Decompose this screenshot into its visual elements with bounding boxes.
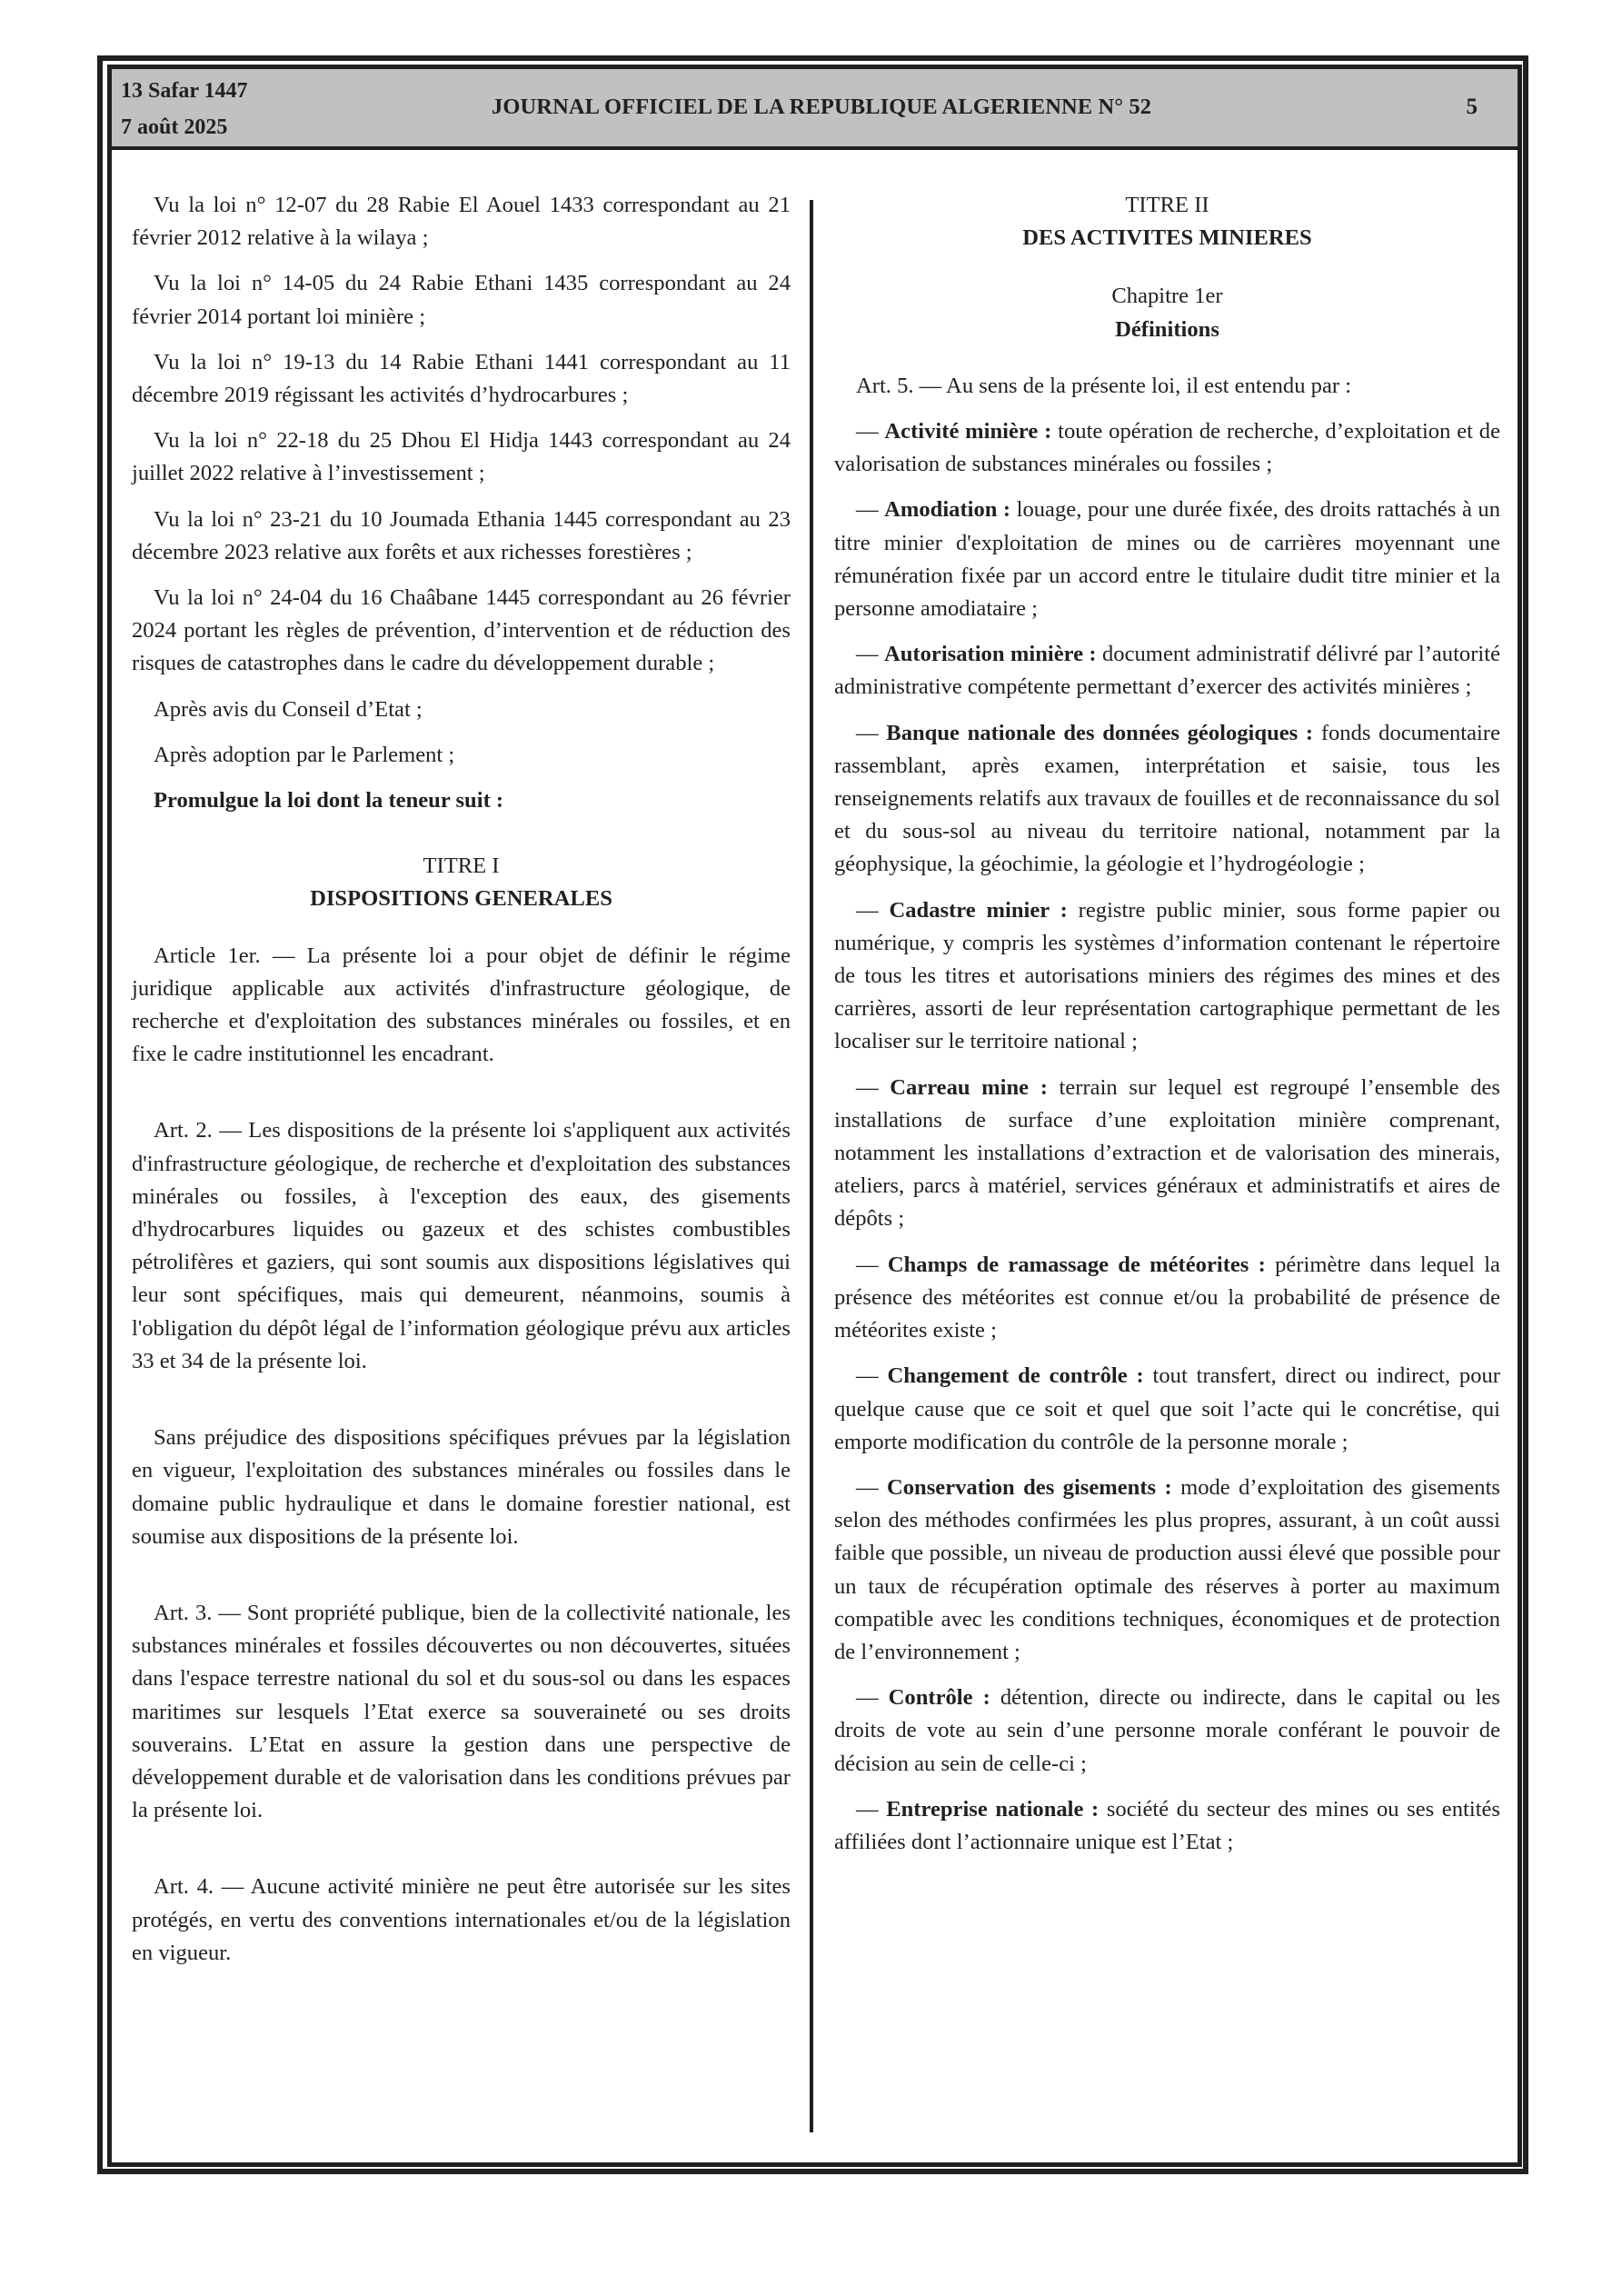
titre-name: DISPOSITIONS GENERALES [132, 883, 791, 915]
hijri-date: 13 Safar 1447 [121, 73, 248, 109]
left-column: Vu la loi n° 12-07 du 28 Rabie El Aouel … [132, 189, 791, 1982]
gregorian-date: 7 août 2025 [121, 109, 248, 145]
titre-label: TITRE I [132, 850, 791, 883]
definition-text: mode d’exploitation des gisements selon … [834, 1475, 1500, 1664]
definition-term: Changement de contrôle : [887, 1363, 1143, 1388]
definition-item: — Cadastre minier : registre public mini… [834, 894, 1500, 1059]
visa-paragraph: Vu la loi n° 24-04 du 16 Chaâbane 1445 c… [132, 582, 791, 681]
chapitre-name: Définitions [834, 314, 1500, 346]
definition-term: Champs de ramassage de météorites : [888, 1253, 1266, 1277]
definition-item: — Changement de contrôle : tout transfer… [834, 1360, 1500, 1459]
definition-item: — Conservation des gisements : mode d’ex… [834, 1472, 1500, 1669]
promulgation-paragraph: Promulgue la loi dont la teneur suit : [132, 784, 791, 817]
article-paragraph: Sans préjudice des dispositions spécifiq… [132, 1422, 791, 1553]
definition-item: — Activité minière : toute opération de … [834, 415, 1500, 481]
definition-term: Cadastre minier : [889, 898, 1067, 923]
visa-paragraph: Vu la loi n° 23-21 du 10 Joumada Ethania… [132, 504, 791, 569]
journal-header: 13 Safar 1447 7 août 2025 JOURNAL OFFICI… [112, 69, 1518, 150]
definition-item: — Entreprise nationale : société du sect… [834, 1793, 1500, 1859]
visa-paragraph: Vu la loi n° 19-13 du 14 Rabie Ethani 14… [132, 346, 791, 412]
chapitre-label: Chapitre 1er [834, 280, 1500, 313]
visa-paragraph: Vu la loi n° 12-07 du 28 Rabie El Aouel … [132, 189, 791, 255]
adoption-paragraph: Après adoption par le Parlement ; [132, 739, 791, 772]
definition-item: — Contrôle : détention, directe ou indir… [834, 1682, 1500, 1781]
definition-term: Entreprise nationale : [886, 1797, 1099, 1822]
article-intro: Art. 5. — Au sens de la présente loi, il… [834, 370, 1500, 403]
definition-term: Amodiation : [884, 497, 1010, 522]
definition-term: Contrôle : [889, 1685, 990, 1710]
column-divider [810, 200, 813, 2132]
definition-term: Activité minière : [884, 419, 1051, 444]
definition-term: Carreau mine : [890, 1075, 1048, 1100]
definition-item: — Autorisation minière : document admini… [834, 638, 1500, 704]
titre-name: DES ACTIVITES MINIERES [834, 222, 1500, 255]
header-dates: 13 Safar 1447 7 août 2025 [121, 73, 248, 145]
definition-item: — Banque nationale des données géologiqu… [834, 717, 1500, 882]
definition-item: — Amodiation : louage, pour une durée fi… [834, 494, 1500, 625]
avis-paragraph: Après avis du Conseil d’Etat ; [132, 694, 791, 726]
article-paragraph: Art. 3. — Sont propriété publique, bien … [132, 1597, 791, 1827]
definition-item: — Carreau mine : terrain sur lequel est … [834, 1072, 1500, 1236]
article-paragraph: Art. 2. — Les dispositions de la présent… [132, 1114, 791, 1378]
journal-title: JOURNAL OFFICIEL DE LA REPUBLIQUE ALGERI… [492, 89, 1151, 125]
right-column: TITRE II DES ACTIVITES MINIERES Chapitre… [834, 189, 1500, 1872]
definition-item: — Champs de ramassage de météorites : pé… [834, 1249, 1500, 1348]
definition-term: Conservation des gisements : [887, 1475, 1172, 1500]
titre-label: TITRE II [834, 189, 1500, 222]
definition-term: Autorisation minière : [884, 642, 1097, 666]
visa-paragraph: Vu la loi n° 14-05 du 24 Rabie Ethani 14… [132, 267, 791, 333]
article-paragraph: Article 1er. — La présente loi a pour ob… [132, 940, 791, 1072]
article-paragraph: Art. 4. — Aucune activité minière ne peu… [132, 1871, 791, 1970]
page-number: 5 [1467, 89, 1478, 125]
visa-paragraph: Vu la loi n° 22-18 du 25 Dhou El Hidja 1… [132, 424, 791, 490]
definition-term: Banque nationale des données géologiques… [886, 721, 1313, 745]
